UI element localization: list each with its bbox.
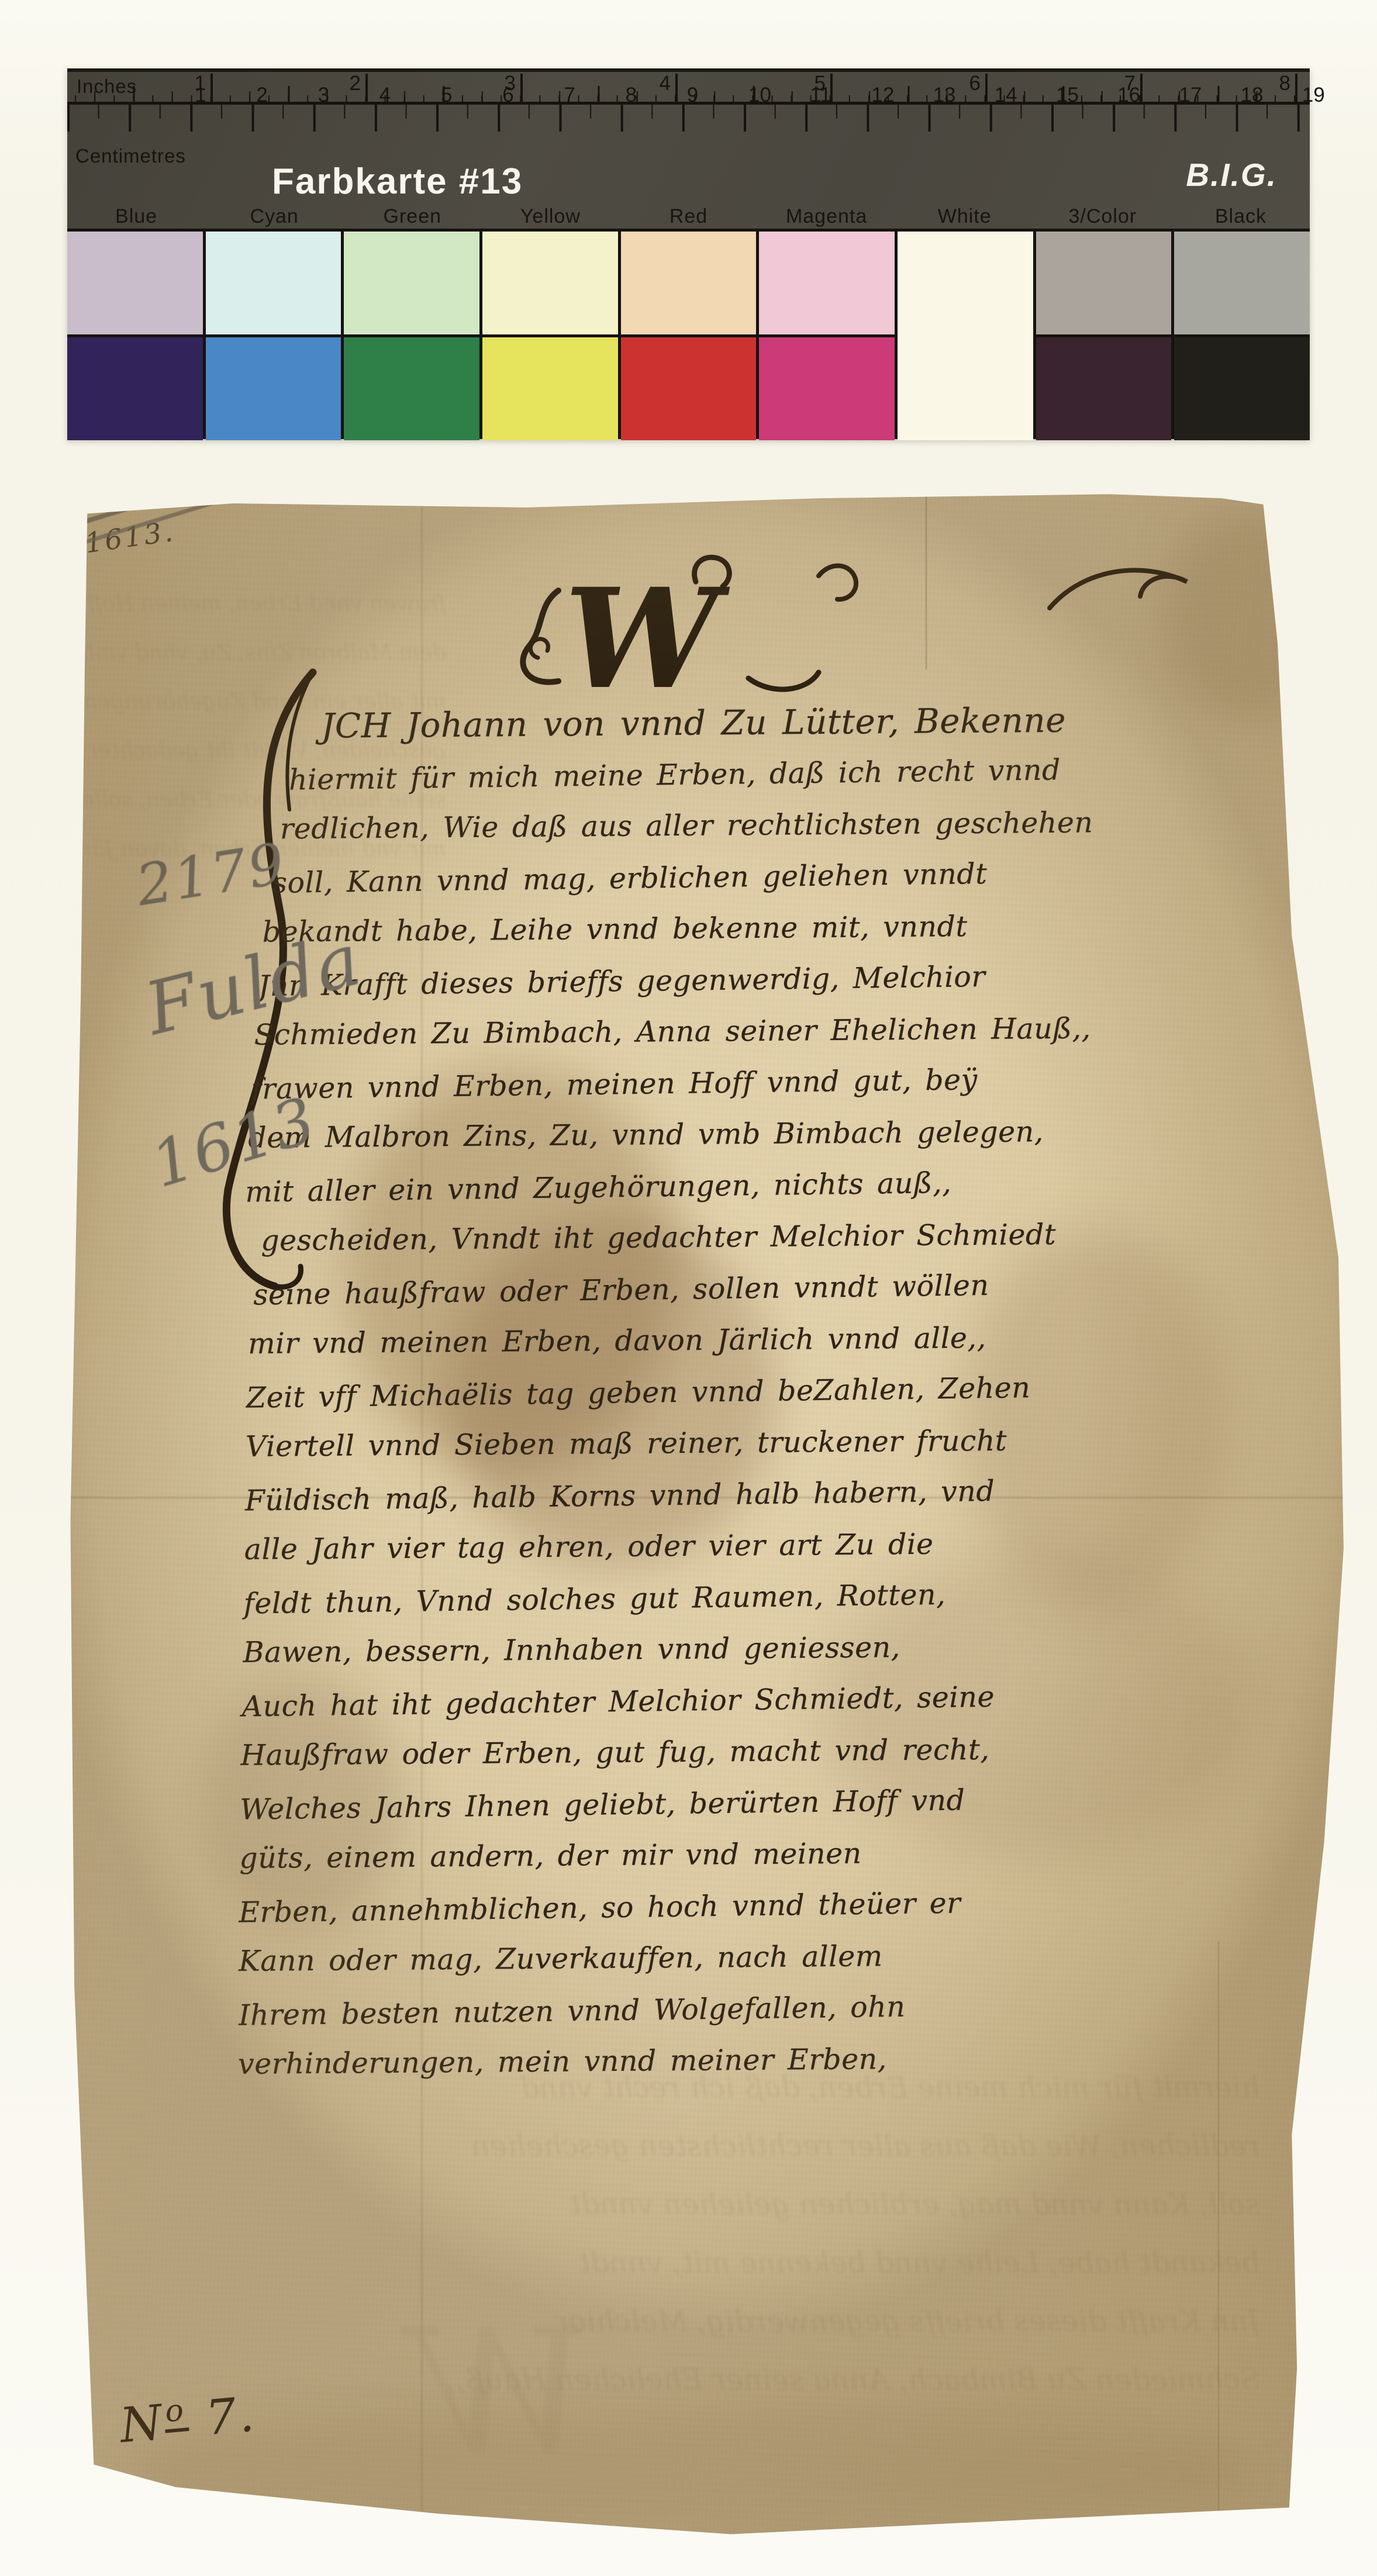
swatch-light-cyan	[206, 232, 341, 334]
swatch-label-white: White	[938, 205, 992, 228]
cm-number: 10	[748, 84, 771, 107]
swatch-solid-red	[621, 337, 757, 440]
swatch-light-blue	[67, 232, 203, 334]
bleedthrough-line: Jnn Krafft dieses brieffs gegenwerdig, M…	[336, 2292, 1260, 2350]
swatch-solid-green	[344, 337, 479, 440]
cm-number: 15	[1056, 84, 1079, 107]
bleedthrough-line: soll, Kann vnnd mag, erblichen geliehen …	[336, 2175, 1260, 2233]
inch-number: 6	[957, 72, 981, 95]
swatch-solid-3-color	[1036, 337, 1172, 440]
cm-number: 1	[195, 84, 206, 107]
cm-number: 18	[1241, 84, 1264, 107]
flourish-curl	[1044, 555, 1196, 626]
manuscript-line: verhinderungen, mein vnnd meiner Erben,	[238, 2031, 1296, 2090]
cm-number: 17	[1179, 84, 1202, 107]
card-brand-logo: B.I.G.	[1186, 156, 1277, 194]
swatch-label-3-color: 3/Color	[1069, 205, 1137, 228]
archival-scan: Inches 12345678 123456789101112131415161…	[0, 0, 1377, 2576]
manuscript-text-block: JCH Johann von vnnd Zu Lütter, Bekennehi…	[223, 692, 1296, 2092]
cm-number: 14	[995, 84, 1017, 107]
swatch-solid-cyan	[206, 337, 341, 440]
bleedthrough-watermark: W	[412, 2292, 592, 2496]
centimetres-label: Centimetres	[75, 145, 186, 167]
swatch-solid-yellow	[482, 337, 618, 440]
cm-number: 4	[379, 84, 391, 107]
swatch-light-magenta	[759, 232, 895, 334]
swatch-solid-magenta	[759, 337, 895, 440]
card-title: Farbkarte #13	[272, 161, 523, 202]
pencil-underline-flourish	[63, 457, 294, 548]
swatch-grid	[67, 229, 1310, 439]
swatch-label-black: Black	[1215, 205, 1266, 228]
cm-number: 2	[256, 84, 267, 107]
swatch-light-yellow	[482, 232, 618, 334]
swatch-light-red	[621, 232, 757, 334]
manuscript-line: JCH Johann von vnnd Zu Lütter, Bekenne	[321, 693, 1282, 752]
cm-number: 13	[933, 84, 956, 107]
swatch-solid-black	[1174, 337, 1310, 440]
cm-ruler-ticks	[67, 105, 1310, 146]
document-number-note: No 7.	[118, 2387, 258, 2454]
paper-stain	[132, 2403, 1243, 2543]
bleedthrough-line: redlichen, Wie daß aus aller rechtlichst…	[336, 2116, 1260, 2175]
cm-number: 9	[687, 84, 698, 107]
svg-text:W: W	[564, 558, 730, 720]
swatch-label-blue: Blue	[115, 205, 157, 228]
cm-number: 8	[626, 84, 637, 107]
cm-number: 11	[810, 84, 831, 107]
cm-number: 3	[318, 84, 329, 107]
cm-number: 5	[441, 84, 452, 107]
swatch-label-green: Green	[384, 205, 442, 228]
swatch-light-white	[898, 232, 1033, 440]
swatch-light-3-color	[1036, 232, 1172, 334]
cm-number: 7	[564, 84, 575, 107]
inch-number: 2	[337, 72, 361, 95]
inch-number: 4	[647, 72, 671, 95]
bleedthrough-line: bekandt habe, Leihe vnnd bekenne mit, vn…	[336, 2233, 1260, 2292]
swatch-light-green	[344, 232, 479, 334]
swatch-label-red: Red	[669, 205, 708, 228]
swatch-light-black	[1174, 232, 1310, 334]
cm-number: 12	[871, 84, 894, 107]
bleedthrough-line: Schmieden Zu Bimbach, Anna seiner Ehelic…	[336, 2350, 1260, 2409]
swatch-label-cyan: Cyan	[250, 205, 298, 228]
inch-number: 8	[1267, 72, 1290, 95]
cm-number: 6	[502, 84, 513, 107]
swatch-label-magenta: Magenta	[786, 205, 867, 228]
cm-number: 16	[1117, 84, 1140, 107]
bleedthrough-line: frawen vnnd Erben, meinen Hoff vnnd gut,…	[72, 579, 446, 628]
cm-number: 19	[1302, 84, 1325, 107]
color-calibration-card: Inches 12345678 123456789101112131415161…	[67, 68, 1310, 439]
swatch-solid-blue	[67, 337, 203, 440]
swatch-label-yellow: Yellow	[520, 205, 581, 228]
bleedthrough-text: hiermit für mich meine Erben, daß ich re…	[336, 2058, 1260, 2409]
manuscript-paper: frawen vnnd Erben, meinen Hoff vnnd gut,…	[61, 491, 1357, 2540]
